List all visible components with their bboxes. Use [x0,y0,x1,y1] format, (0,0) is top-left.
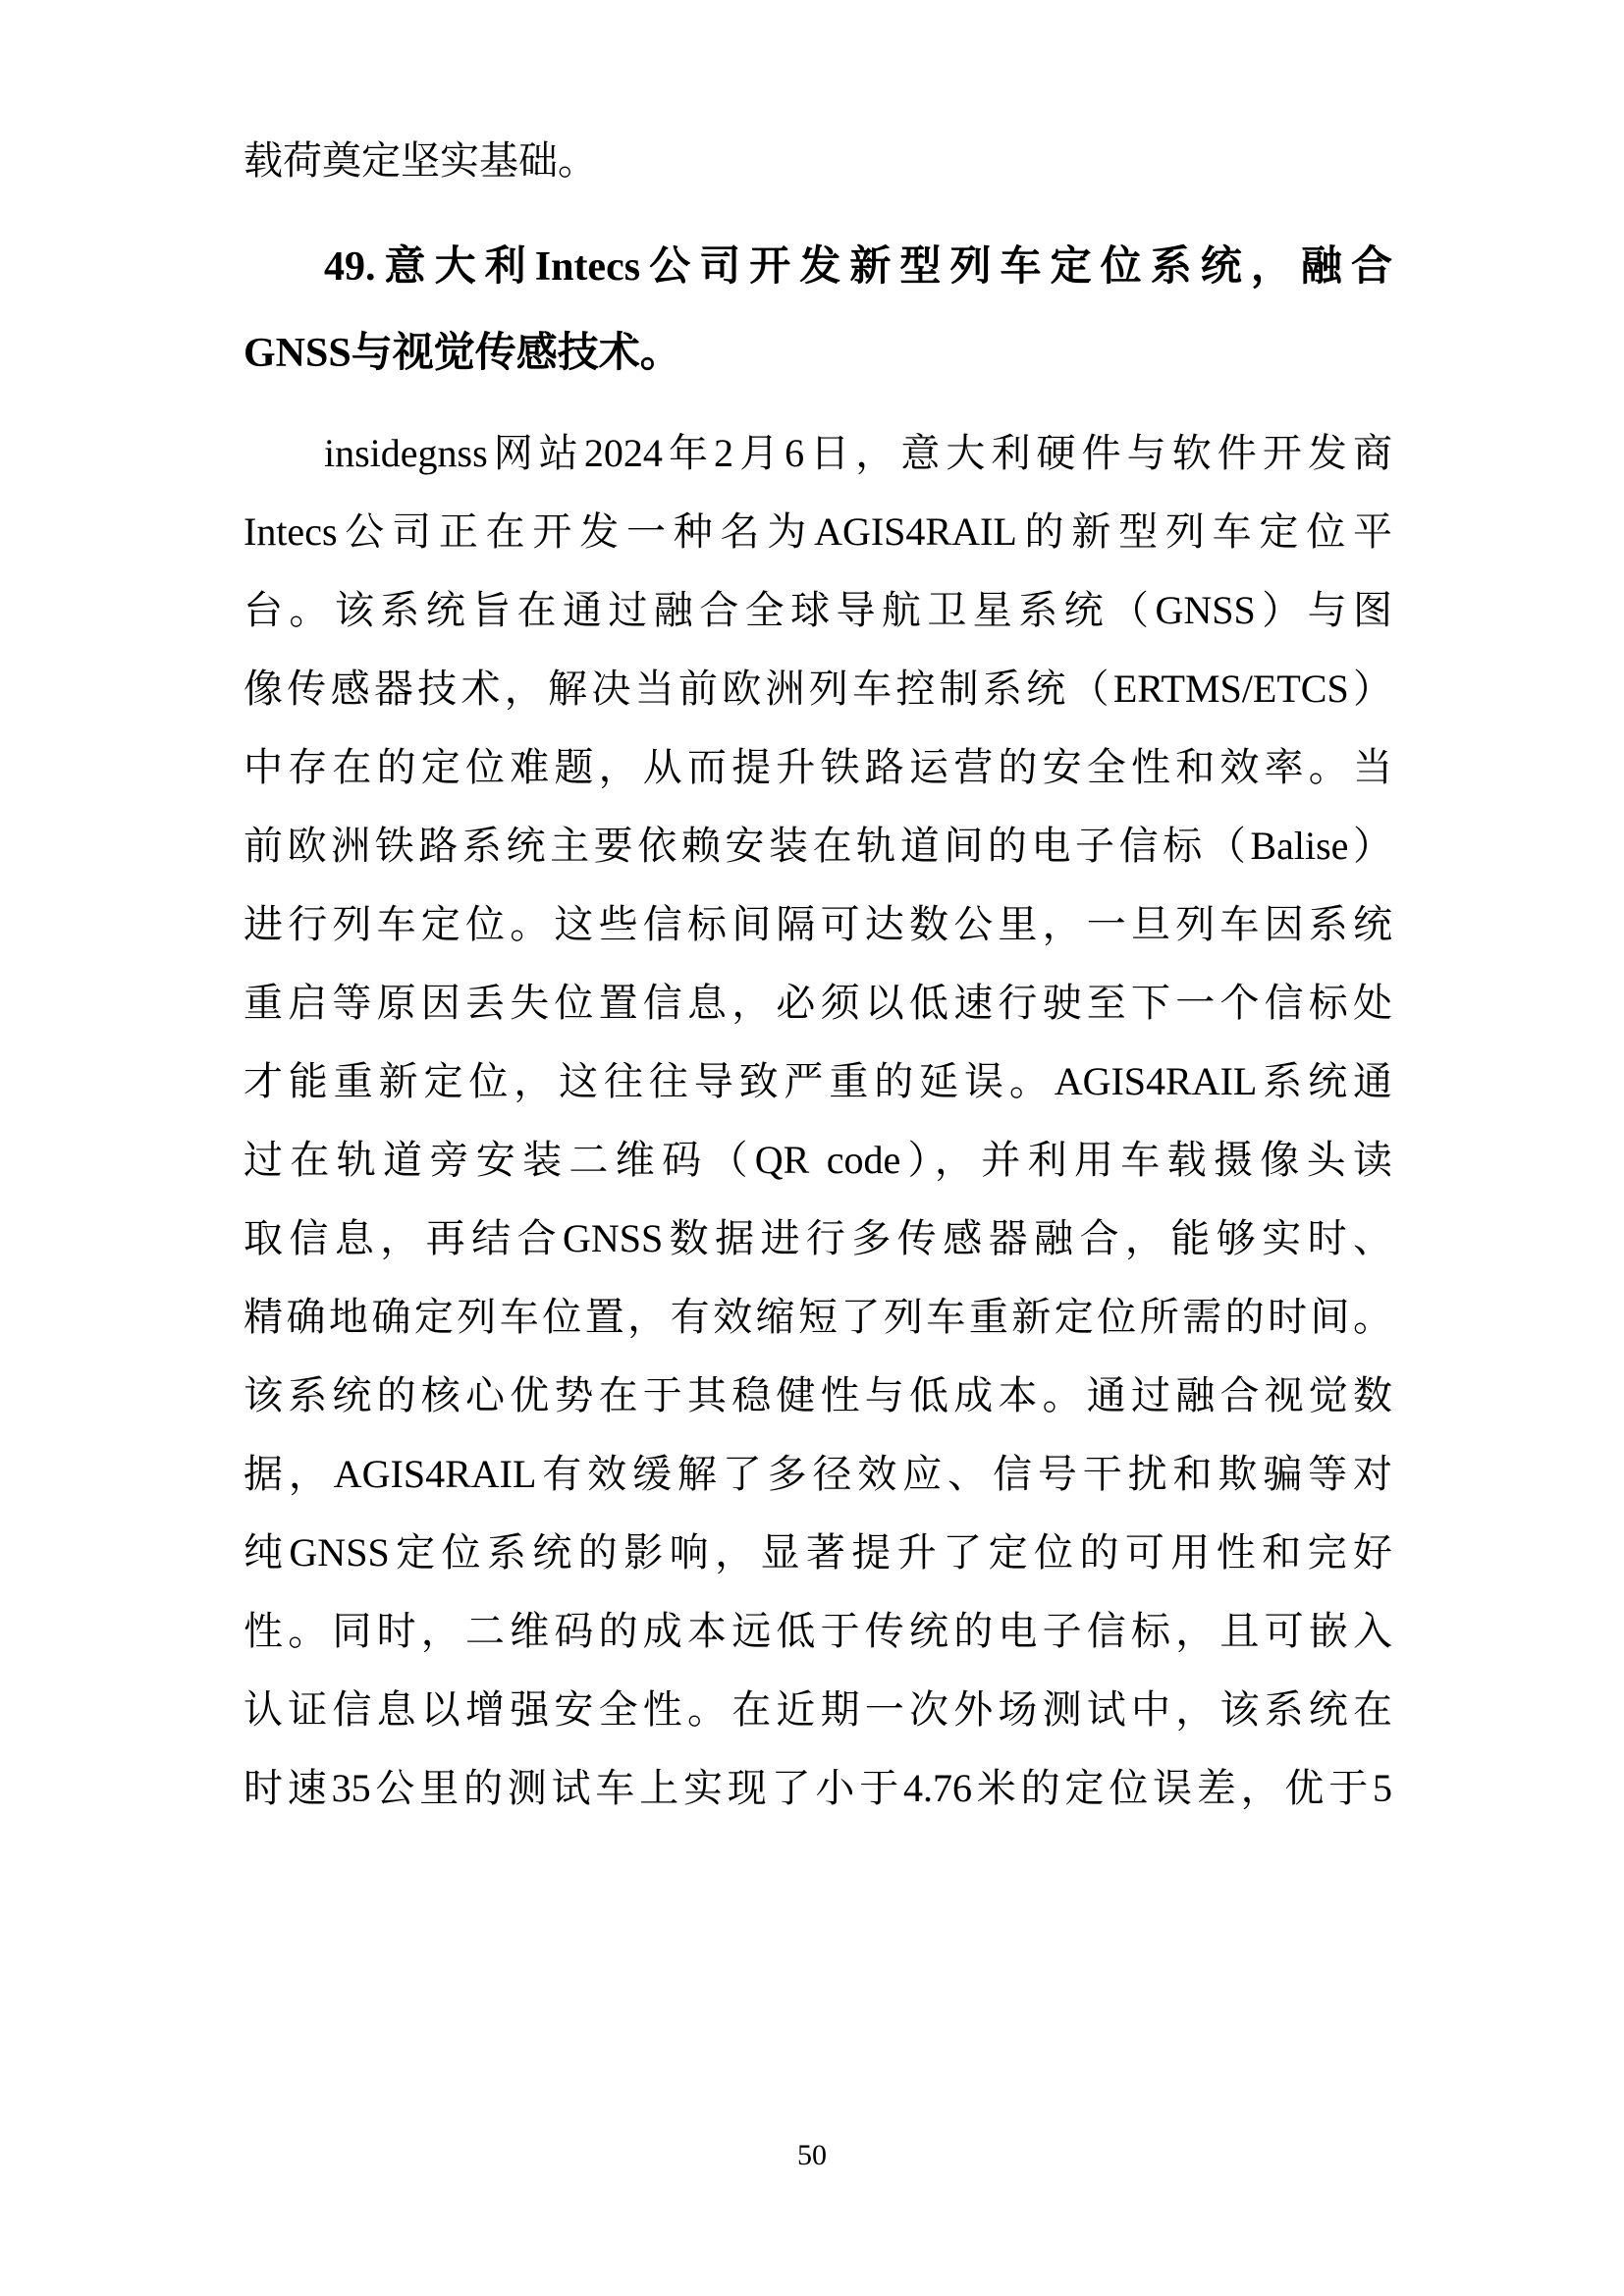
body-line: 时速35公里的测试车上实现了小于4.76米的定位误差，优于5 [244,1765,1392,1812]
body-line: 认证信息以增强安全性。在近期一次外场测试中，该系统在 [244,1686,1392,1734]
body-line: 台。该系统旨在通过融合全球导航卫星系统（GNSS）与图 [244,587,1392,634]
body-line: 该系统的核心优势在于其稳健性与低成本。通过融合视觉数 [244,1372,1392,1419]
page-number: 50 [0,2138,1624,2173]
body-line: 精确地确定列车位置，有效缩短了列车重新定位所需的时间。 [244,1294,1392,1341]
section-heading-line-1: 49.意大利Intecs公司开发新型列车定位系统，融合 [324,243,1392,291]
body-line: 像传感器技术，解决当前欧洲列车控制系统（ERTMS/ETCS） [244,666,1392,713]
body-line: Intecs公司正在开发一种名为AGIS4RAIL的新型列车定位平 [244,508,1392,556]
body-line: 据，AGIS4RAIL有效缓解了多径效应、信号干扰和欺骗等对 [244,1451,1392,1498]
body-line: 取信息，再结合GNSS数据进行多传感器融合，能够实时、 [244,1215,1392,1262]
body-line: insidegnss网站2024年2月6日，意大利硬件与软件开发商 [324,430,1392,477]
body-line: 重启等原因丢失位置信息，必须以低速行驶至下一个信标处 [244,980,1392,1027]
body-line: 进行列车定位。这些信标间隔可达数公里，一旦列车因系统 [244,901,1392,948]
body-line: 过在轨道旁安装二维码（QR code），并利用车载摄像头读 [244,1137,1392,1184]
section-heading-line-2: GNSS与视觉传感技术。 [244,330,1392,377]
body-line: 性。同时，二维码的成本远低于传统的电子信标，且可嵌入 [244,1608,1392,1655]
continuation-text: 载荷奠定坚实基础。 [244,137,1392,185]
body-line: 前欧洲铁路系统主要依赖安装在轨道间的电子信标（Balise） [244,823,1392,870]
body-line: 才能重新定位，这往往导致严重的延误。AGIS4RAIL系统通 [244,1058,1392,1105]
body-line: 中存在的定位难题，从而提升铁路运营的安全性和效率。当 [244,744,1392,791]
body-line: 纯GNSS定位系统的影响，显著提升了定位的可用性和完好 [244,1529,1392,1576]
document-page: 载荷奠定坚实基础。 49.意大利Intecs公司开发新型列车定位系统，融合 GN… [0,0,1624,2296]
